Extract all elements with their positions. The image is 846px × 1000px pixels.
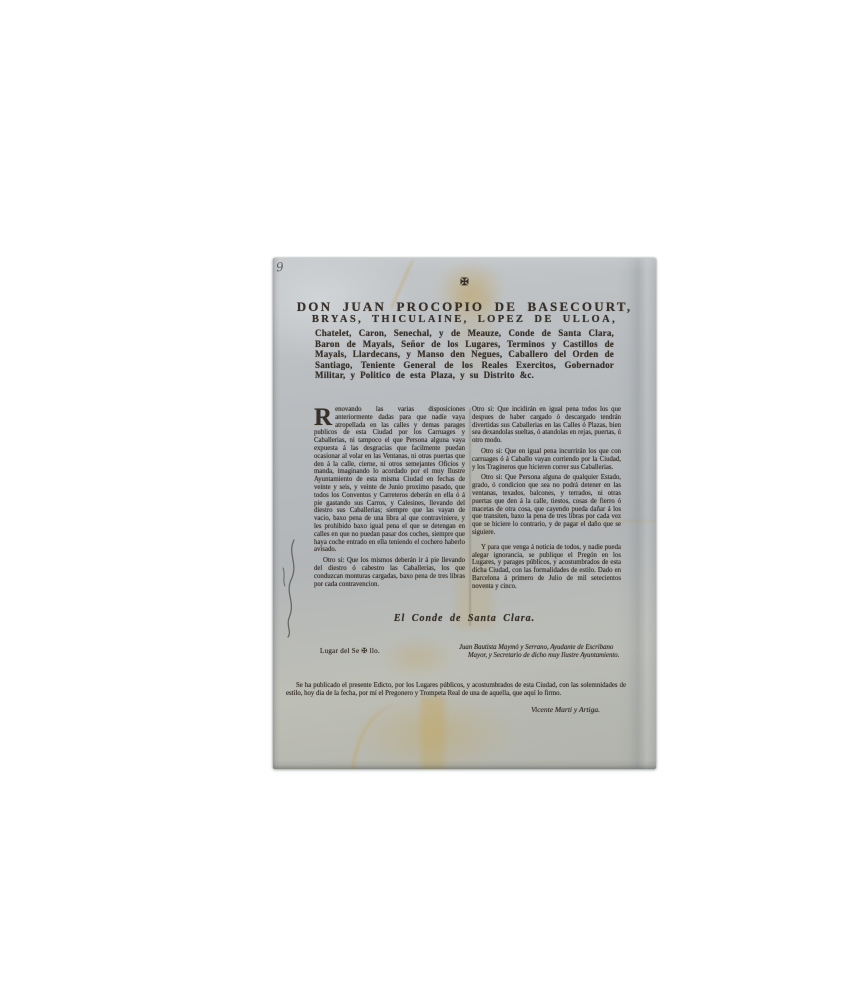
- printed-text-layer: ✠ DON JUAN PROCOPIO DE BASECOURT, BRYAS,…: [273, 258, 656, 769]
- heading-name-line: DON JUAN PROCOPIO DE BASECOURT,: [273, 299, 656, 315]
- body-right-column: Otro si: Que incidirán en igual pena tod…: [472, 406, 621, 591]
- paragraph-otrosi-3: Otro si: Que Persona alguna de qualquier…: [472, 474, 621, 536]
- publication-note: Se ha publicado el presente Edicto, por …: [286, 682, 626, 698]
- scan-canvas: { "document": { "archival_number": "9", …: [0, 0, 846, 1000]
- edict-photograph: 9 ✠ DON JUAN PROCOPIO DE BASECOURT, BRYA…: [273, 258, 656, 769]
- paragraph-otrosi-2: Otro si: Que en igual pena incurrirán lo…: [472, 448, 621, 471]
- paragraph-promulgation: Y para que venga á noticia de todos, y n…: [472, 544, 621, 591]
- seal-placeholder-note: Lugar del Se ✠ llo.: [320, 647, 380, 655]
- body-left-column: Renovando las varias disposiciones anter…: [314, 406, 465, 588]
- crier-signature: Vicente Marti y Artiga.: [286, 705, 626, 714]
- secretary-attestation: Juan Bautista Maymó y Serrano, Ayudante …: [459, 644, 628, 661]
- paragraph-otrosi-1: Otro si: Que incidirán en igual pena tod…: [472, 406, 621, 445]
- heading-surnames-line: BRYAS, THICULAINE, LOPEZ DE ULLOA,: [273, 314, 656, 325]
- conde-signature: El Conde de Santa Clara.: [273, 613, 656, 624]
- paragraph-otrosi-left: Otro si: Que los mismos deberán ir á pie…: [314, 557, 465, 588]
- cross-ornament-icon: ✠: [273, 277, 656, 288]
- paragraph-renovando: Renovando las varias disposiciones anter…: [314, 406, 465, 554]
- heading-titles-paragraph: Chatelet, Caron, Senechal, y de Meauze, …: [315, 328, 614, 381]
